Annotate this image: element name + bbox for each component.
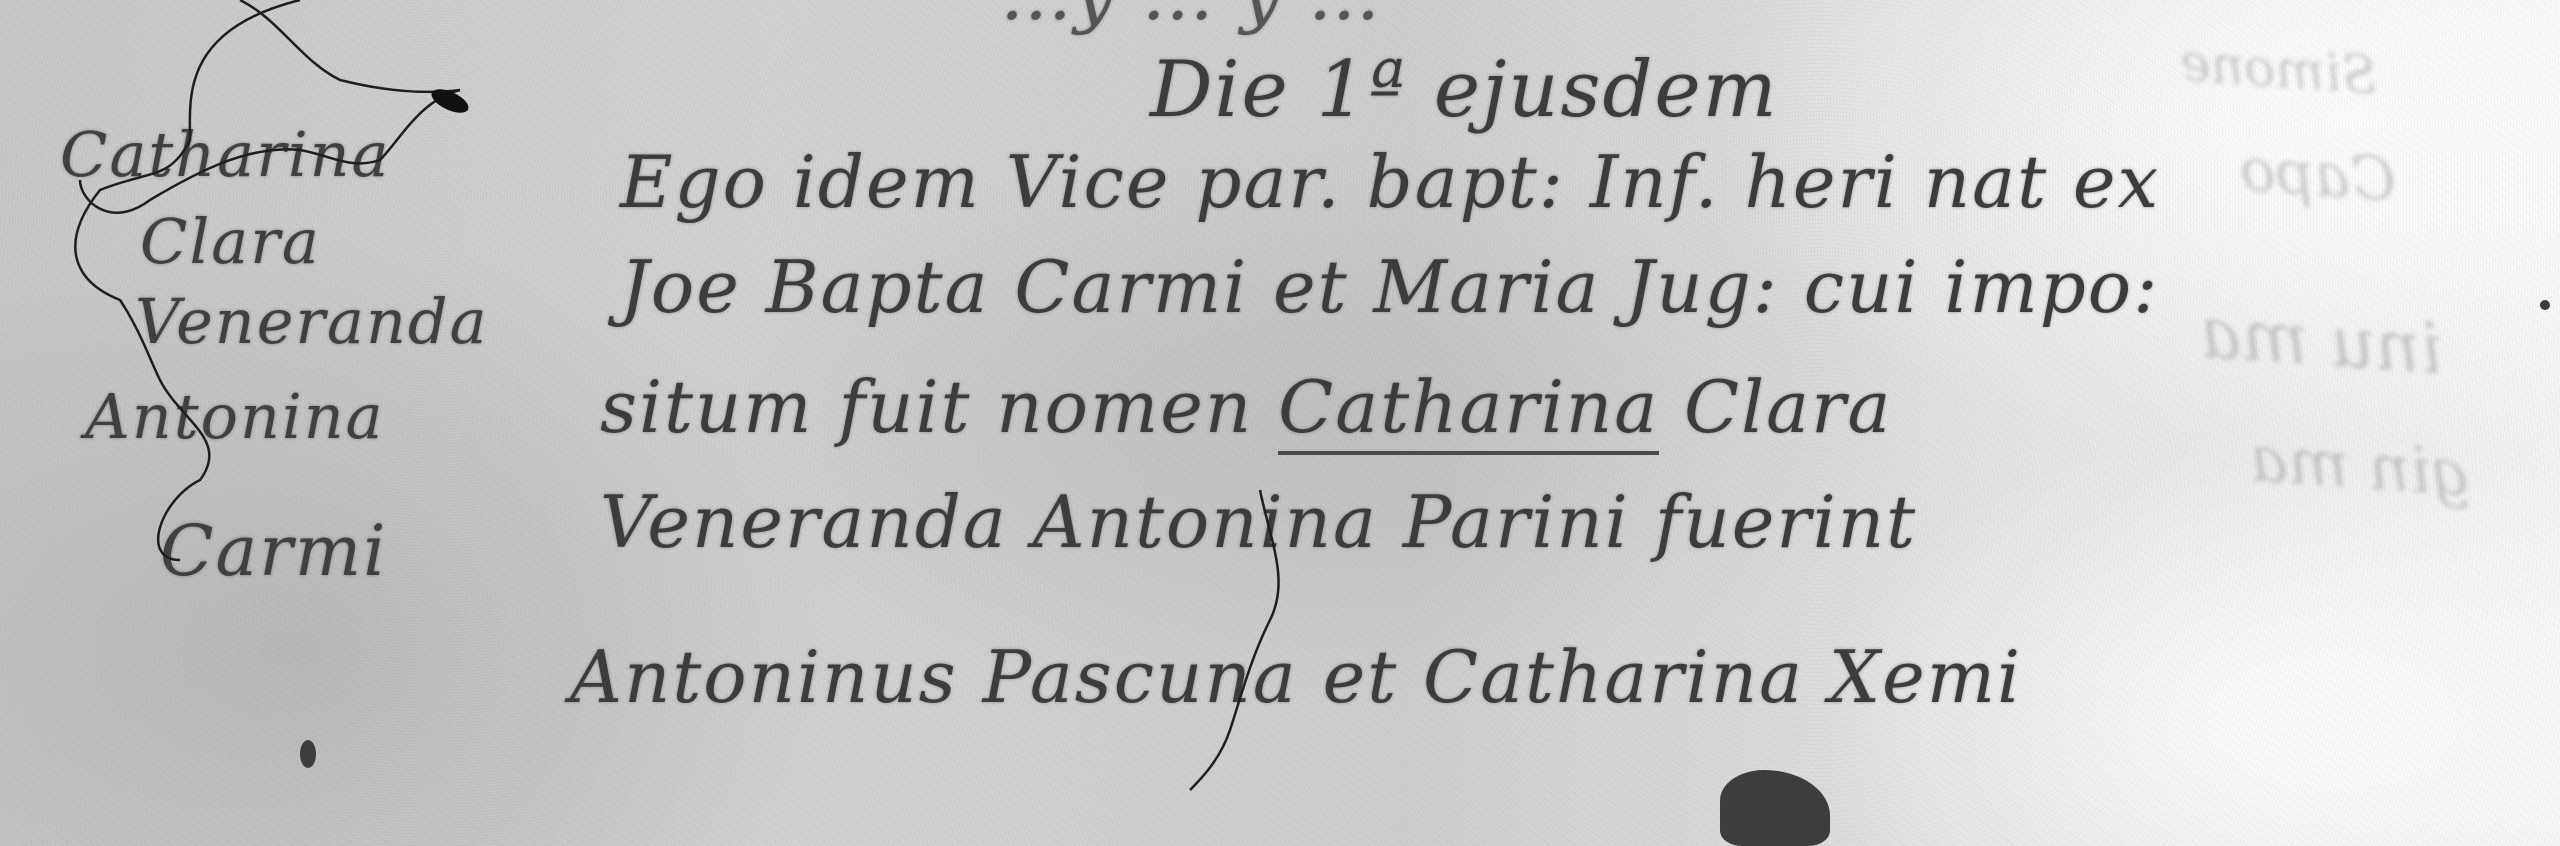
margin-name: Carmi [160,510,388,592]
entry-heading: Die 1ª ejusdem [1150,45,1779,135]
entry-line: situm fuit nomen Catharina Clara [600,365,1892,449]
margin-name: Catharina [60,118,391,191]
entry-line-text: Clara [1659,365,1892,449]
top-cutoff-line: …y … y … [1000,0,1382,36]
margin-name: Veneranda [135,285,489,358]
entry-line: Ego idem Vice par. bapt: Inf. heri nat e… [620,140,2160,224]
ink-blot [300,740,316,768]
bleed-through-text: Simone [2178,33,2379,107]
manuscript-scan: Simone Capo inu ma gin ma …y … y … Catha… [0,0,2560,846]
ink-dot [2540,300,2550,310]
entry-line: Antoninus Pascuna et Catharina Xemi [570,635,2022,719]
ink-blot [428,84,472,117]
entry-line: Joe Bapta Carmi et Maria Jug: cui impo: [620,245,2159,329]
entry-line-text: situm fuit nomen [600,365,1278,449]
baptismal-name-underlined: Catharina [1278,365,1659,455]
ink-stain [1720,770,1830,846]
bleed-through-text: gin ma [2248,422,2474,511]
margin-name: Clara [140,205,321,278]
bleed-through-text: Capo [2238,135,2399,216]
margin-name: Antonina [85,380,385,453]
entry-line: Veneranda Antonina Parini fuerint [600,480,1917,564]
bleed-through-text: inu ma [2197,292,2445,391]
